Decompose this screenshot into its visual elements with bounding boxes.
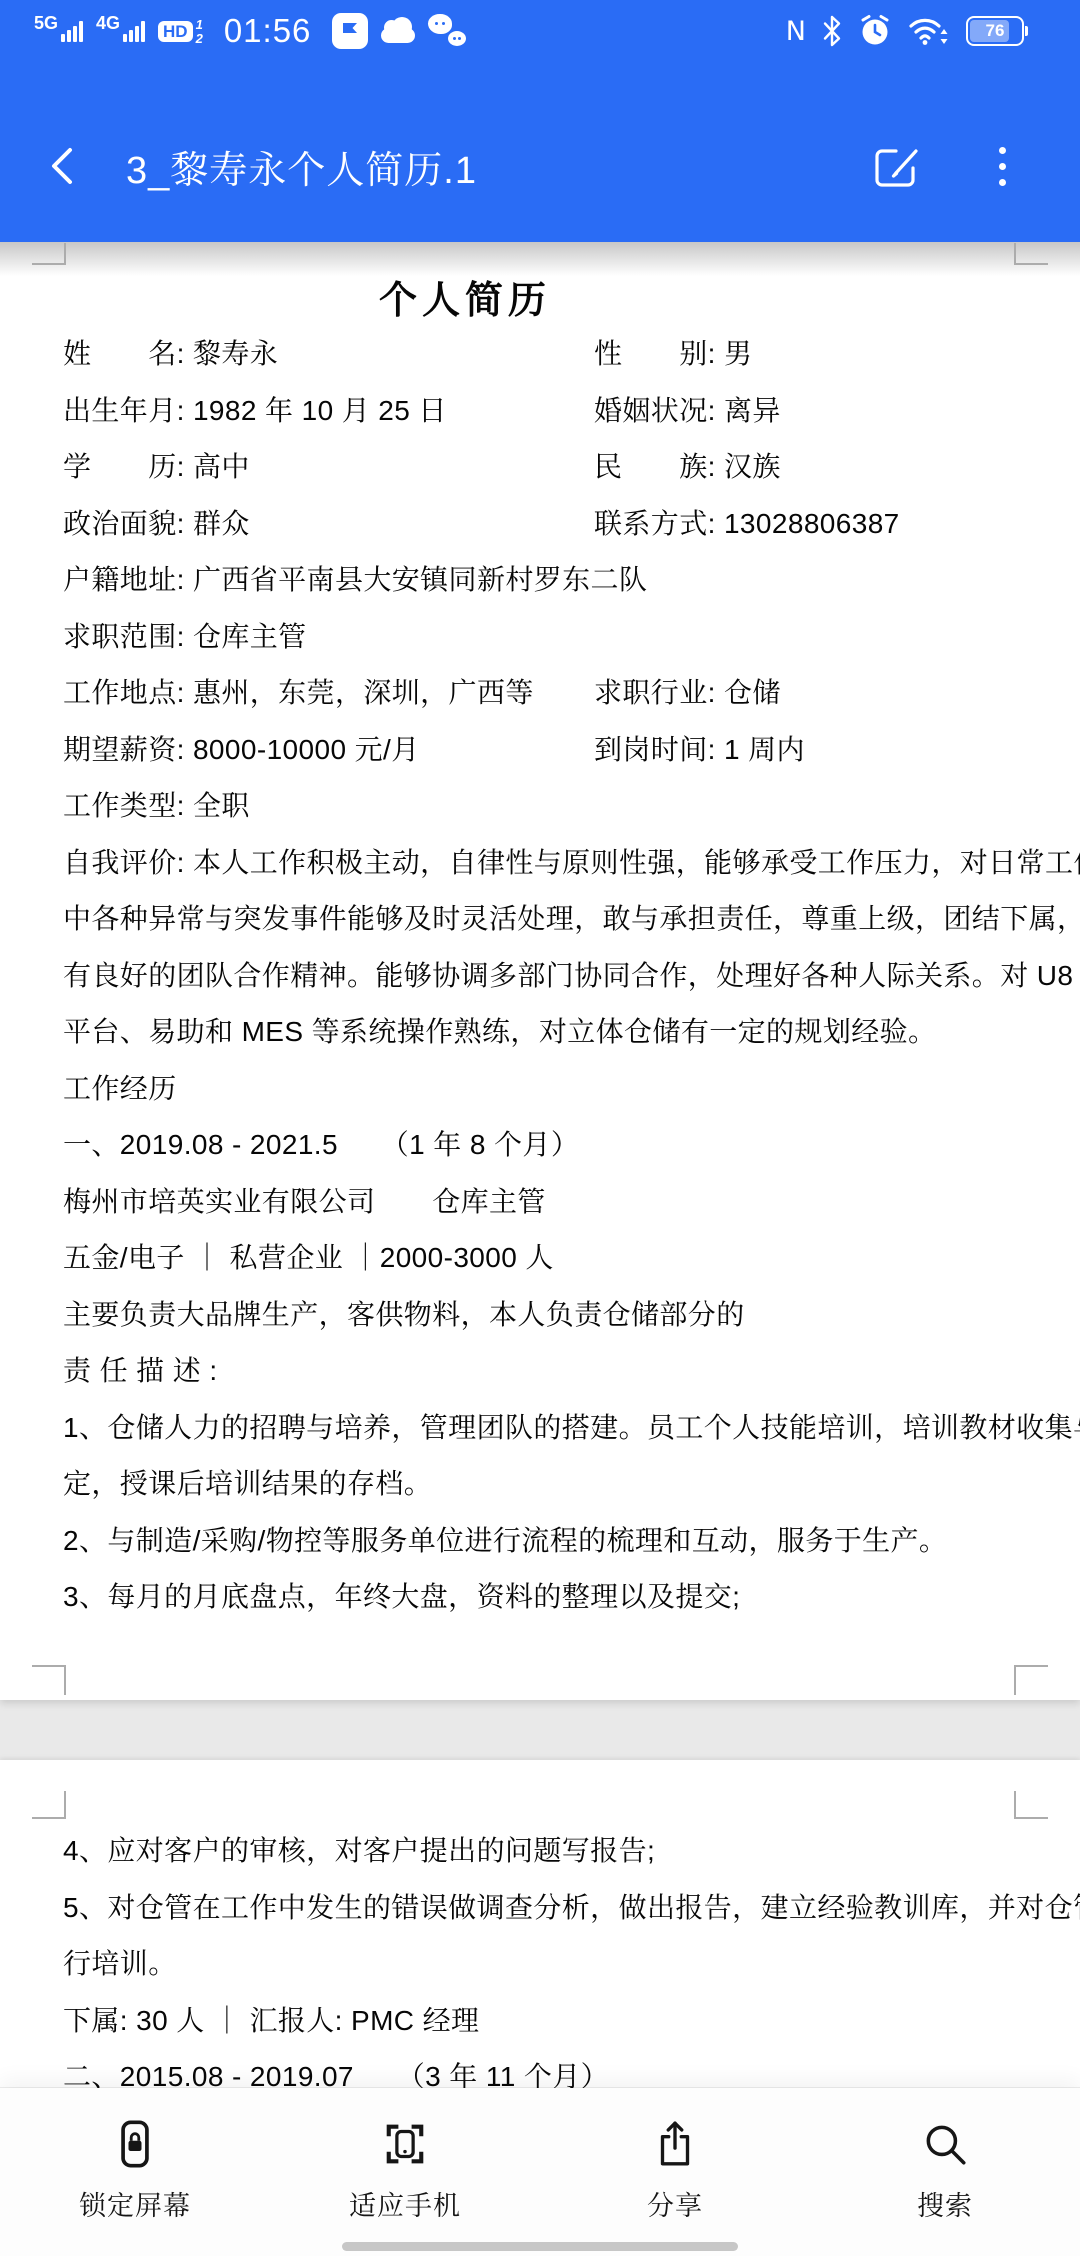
top-app-bar: 5G 4G HD 1 2 01:56	[0, 0, 1080, 242]
signal-4g-label: 4G	[96, 13, 120, 34]
doc-line-right-text: 到岗时间: 1 周内	[594, 728, 805, 768]
doc-line-text: 主要负责大品牌生产，客供物料，本人负责仓储部分的	[63, 1293, 745, 1333]
doc-line-text: 出生年月: 1982 年 10 月 25 日	[63, 389, 447, 429]
doc-line-text: 期望薪资: 8000-10000 元/月	[63, 728, 420, 768]
share-icon	[647, 2116, 703, 2172]
doc-line: 政治面貌: 群众联系方式: 13028806387	[63, 494, 1017, 551]
battery-percent: 76	[968, 18, 1022, 44]
signal-bars-icon	[123, 20, 145, 42]
page2-lines: 4、应对客户的审核，对客户提出的问题写报告;5、对仓管在工作中发生的错误做调查分…	[63, 1762, 1017, 2104]
doc-line-text: 下属: 30 人 ｜ 汇报人: PMC 经理	[63, 1999, 479, 2039]
doc-line: 平台、易助和 MES 等系统操作熟练，对立体仓储有一定的规划经验。	[63, 1002, 1017, 1059]
wifi-icon	[907, 15, 951, 47]
doc-line-right-text: 性 别: 男	[594, 332, 752, 372]
doc-line-text: 学 历: 高中	[63, 445, 250, 485]
doc-line-text: 2、与制造/采购/物控等服务单位进行流程的梳理和互动，服务于生产。	[63, 1519, 947, 1559]
doc-line: 3、每月的月底盘点，年终大盘，资料的整理以及提交;	[63, 1567, 1017, 1624]
hd-badge: HD	[158, 21, 193, 42]
search-label: 搜索	[917, 2184, 973, 2223]
nfc-icon: N	[786, 16, 806, 47]
doc-line-text: 平台、易助和 MES 等系统操作熟练，对立体仓储有一定的规划经验。	[63, 1010, 936, 1050]
hd-sim2: 2	[196, 32, 203, 45]
document-scroll-area[interactable]: 个人简历 姓 名: 黎寿永性 别: 男出生年月: 1982 年 10 月 25 …	[0, 0, 1080, 2256]
lock-screen-label: 锁定屏幕	[79, 2184, 191, 2223]
doc-line: 期望薪资: 8000-10000 元/月到岗时间: 1 周内	[63, 720, 1017, 777]
doc-line-text: 政治面貌: 群众	[63, 502, 250, 542]
doc-line-text: 责 任 描 述 :	[63, 1349, 218, 1389]
lock-screen-button[interactable]: 锁定屏幕	[0, 2088, 270, 2256]
doc-line-text: 五金/电子 ｜ 私营企业 ｜2000-3000 人	[63, 1236, 554, 1276]
document-filename: 3_黎寿永个人简历.1	[126, 139, 477, 194]
wechat-notification-icon	[428, 14, 466, 48]
doc-line: 行培训。	[63, 1934, 1017, 1991]
doc-line: 姓 名: 黎寿永性 别: 男	[63, 324, 1017, 381]
hd-sim1: 1	[196, 18, 203, 31]
doc-line-text: 3、每月的月底盘点，年终大盘，资料的整理以及提交;	[63, 1575, 740, 1615]
doc-line: 有良好的团队合作精神。能够协调多部门协同合作，处理好各种人际关系。对 U8 帐务	[63, 946, 1017, 1003]
battery-icon: 76	[966, 16, 1024, 46]
margin-mark-bottom-left-p1	[32, 1665, 66, 1695]
doc-line-text: 求职范围: 仓库主管	[63, 615, 307, 655]
doc-line-text: 有良好的团队合作精神。能够协调多部门协同合作，处理好各种人际关系。对 U8 帐务	[63, 954, 1080, 994]
doc-line: 下属: 30 人 ｜ 汇报人: PMC 经理	[63, 1991, 1017, 2048]
signal-bars-icon	[61, 20, 83, 42]
signal-5g: 5G	[34, 20, 83, 42]
fit-phone-icon	[377, 2116, 433, 2172]
margin-mark-bottom-right-p1	[1014, 1665, 1048, 1695]
doc-line-right-text: 民 族: 汉族	[594, 445, 781, 485]
doc-line: 出生年月: 1982 年 10 月 25 日婚姻状况: 离异	[63, 381, 1017, 438]
doc-line: 梅州市培英实业有限公司 仓库主管	[63, 1172, 1017, 1229]
margin-mark-top-right-p2	[1014, 1791, 1048, 1819]
hd-sim-numbers: 1 2	[196, 18, 203, 45]
cloud-icon	[381, 28, 415, 43]
doc-line-text: 户籍地址: 广西省平南县大安镇同新村罗东二队	[63, 558, 647, 598]
status-time: 01:56	[224, 12, 312, 50]
lock-screen-icon	[107, 2116, 163, 2172]
back-button[interactable]	[48, 142, 88, 190]
doc-line: 工作地点: 惠州，东莞，深圳，广西等求职行业: 仓储	[63, 663, 1017, 720]
doc-line-text: 中各种异常与突发事件能够及时灵活处理，敢与承担责任，尊重上级，团结下属，具	[63, 897, 1080, 937]
doc-line-text: 5、对仓管在工作中发生的错误做调查分析，做出报告，建立经验教训库，并对仓管进	[63, 1886, 1080, 1926]
doc-line: 学 历: 高中民 族: 汉族	[63, 437, 1017, 494]
doc-line: 五金/电子 ｜ 私营企业 ｜2000-3000 人	[63, 1228, 1017, 1285]
doc-line: 工作类型: 全职	[63, 776, 1017, 833]
volte-hd-icon: HD 1 2	[158, 18, 203, 45]
doc-line: 一、2019.08 - 2021.5 （1 年 8 个月）	[63, 1115, 1017, 1172]
header-actions	[869, 140, 1010, 192]
doc-line-text: 定，授课后培训结果的存档。	[63, 1462, 432, 1502]
bottom-toolbar: 锁定屏幕 适应手机 分享 搜索	[0, 2088, 1080, 2256]
alarm-clock-icon	[858, 14, 892, 48]
doc-line: 5、对仓管在工作中发生的错误做调查分析，做出报告，建立经验教训库，并对仓管进	[63, 1878, 1017, 1935]
doc-line-text: 一、2019.08 - 2021.5 （1 年 8 个月）	[63, 1123, 579, 1163]
doc-line-text: 工作经历	[63, 1067, 177, 1107]
fit-phone-button[interactable]: 适应手机	[270, 2088, 540, 2256]
status-left-cluster: 5G 4G HD 1 2 01:56	[34, 12, 466, 50]
doc-line: 定，授课后培训结果的存档。	[63, 1454, 1017, 1511]
doc-line: 主要负责大品牌生产，客供物料，本人负责仓储部分的	[63, 1285, 1017, 1342]
doc-line-right-text: 联系方式: 13028806387	[594, 502, 900, 542]
doc-line: 中各种异常与突发事件能够及时灵活处理，敢与承担责任，尊重上级，团结下属，具	[63, 889, 1017, 946]
signal-5g-label: 5G	[34, 13, 58, 34]
doc-line: 户籍地址: 广西省平南县大安镇同新村罗东二队	[63, 550, 1017, 607]
doc-line-text: 工作地点: 惠州，东莞，深圳，广西等	[63, 671, 534, 711]
doc-line: 自我评价: 本人工作积极主动，自律性与原则性强，能够承受工作压力，对日常工作	[63, 833, 1017, 890]
fit-phone-label: 适应手机	[349, 2184, 461, 2223]
doc-line: 工作经历	[63, 1059, 1017, 1116]
app-header: 3_黎寿永个人简历.1	[0, 62, 1080, 242]
doc-line: 1、仓储人力的招聘与培养，管理团队的搭建。员工个人技能培训，培训教材收集与制	[63, 1398, 1017, 1455]
margin-mark-top-left-p1	[32, 243, 66, 265]
search-icon	[917, 2116, 973, 2172]
doc-line-text: 4、应对客户的审核，对客户提出的问题写报告;	[63, 1829, 655, 1869]
doc-line-text: 1、仓储人力的招聘与培养，管理团队的搭建。员工个人技能培训，培训教材收集与制	[63, 1406, 1080, 1446]
share-button[interactable]: 分享	[540, 2088, 810, 2256]
doc-line-text: 梅州市培英实业有限公司 仓库主管	[63, 1180, 546, 1220]
doc-line: 2、与制造/采购/物控等服务单位进行流程的梳理和互动，服务于生产。	[63, 1511, 1017, 1568]
search-button[interactable]: 搜索	[810, 2088, 1080, 2256]
status-right-cluster: N	[786, 14, 1080, 48]
page1-lines: 姓 名: 黎寿永性 别: 男出生年月: 1982 年 10 月 25 日婚姻状况…	[63, 324, 1017, 1624]
doc-line-right-text: 求职行业: 仓储	[594, 671, 781, 711]
doc-line-text: 工作类型: 全职	[63, 784, 250, 824]
messages-notification-icon	[332, 13, 368, 49]
doc-line-text: 姓 名: 黎寿永	[63, 332, 278, 372]
edit-button[interactable]	[869, 140, 921, 192]
bluetooth-icon	[821, 15, 843, 47]
doc-line: 求职范围: 仓库主管	[63, 607, 1017, 664]
margin-mark-top-right-p1	[1014, 243, 1048, 265]
more-menu-button[interactable]	[995, 143, 1010, 190]
doc-line: 4、应对客户的审核，对客户提出的问题写报告;	[63, 1821, 1017, 1878]
document-title: 个人简历	[63, 242, 1017, 322]
doc-line-right-text: 婚姻状况: 离异	[594, 389, 781, 429]
signal-4g: 4G	[96, 20, 145, 42]
home-indicator[interactable]	[342, 2242, 738, 2251]
share-label: 分享	[647, 2184, 703, 2223]
margin-mark-top-left-p2	[32, 1791, 66, 1819]
status-bar: 5G 4G HD 1 2 01:56	[0, 0, 1080, 62]
document-page-1: 个人简历 姓 名: 黎寿永性 别: 男出生年月: 1982 年 10 月 25 …	[0, 242, 1080, 1700]
doc-line-text: 自我评价: 本人工作积极主动，自律性与原则性强，能够承受工作压力，对日常工作	[63, 841, 1080, 881]
doc-line-text: 行培训。	[63, 1942, 177, 1982]
doc-line: 责 任 描 述 :	[63, 1341, 1017, 1398]
